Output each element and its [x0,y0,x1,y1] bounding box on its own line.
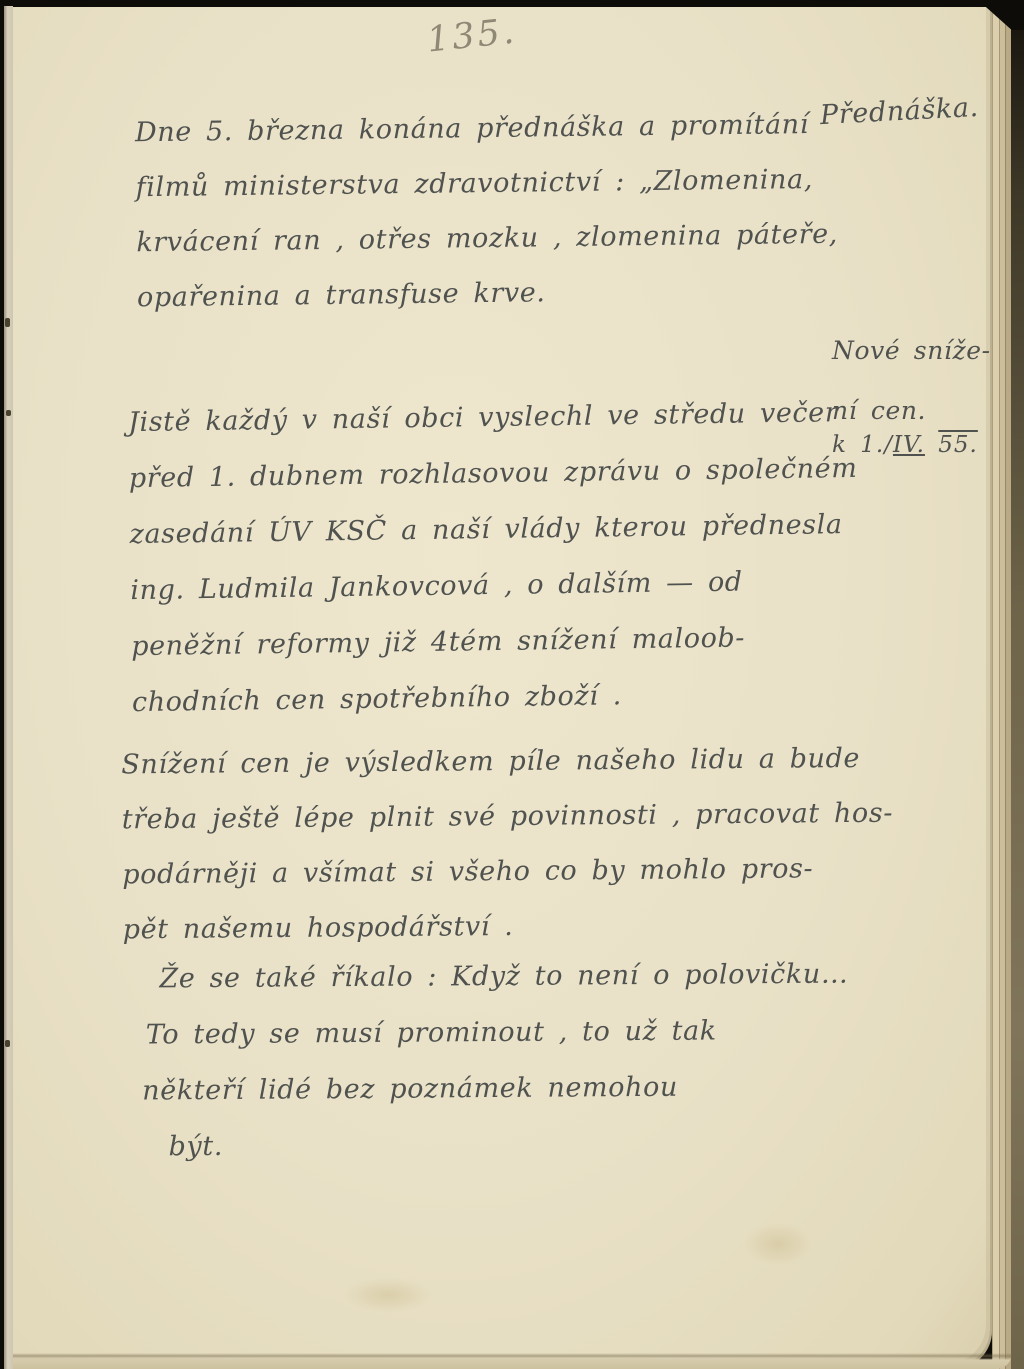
handwritten-line: Dne 5. března konána přednáška a promítá… [135,97,837,161]
handwritten-line: krvácení ran , otřes mozku , zlomenina p… [136,207,838,271]
handwritten-line: zasedání ÚV KSČ a naší vlády kterou před… [129,497,858,563]
handwritten-line: být. [168,1115,849,1176]
paper-stain [343,1277,433,1313]
handwritten-line: třeba ještě lépe plnit své povinnosti , … [122,786,894,848]
handwritten-line: Jistě každý v naší obci vyslechl ve stře… [128,385,857,451]
handwritten-line: před 1. dubnem rozhlasovou zprávu o spol… [128,441,857,507]
edge-nick [6,410,11,416]
edge-nick [5,318,10,327]
handwritten-line: To tedy se musí prominout , to už tak [146,1003,849,1064]
page-left-edge [4,6,13,1369]
paragraph-price-reduction: Snížení cen je výsledkem píle našeho lid… [121,731,894,958]
handwritten-line: podárněji a všímat si všeho co by mohlo … [122,841,894,903]
handwritten-line: Snížení cen je výsledkem píle našeho lid… [121,731,893,793]
book-spine-edge [1011,0,1024,1369]
margin-note-line: Nové sníže- [832,336,991,366]
paragraph-lecture: Dne 5. března konána přednáška a promítá… [135,97,839,326]
handwritten-line: ing. Ludmila Jankovcová , o dalším — od [130,553,859,619]
date-roman-month: IV. [893,432,925,458]
paragraph-radio-announcement: Jistě každý v naší obci vyslechl ve stře… [128,385,861,731]
handwritten-line: filmů ministerstva zdravotnictví : „Zlom… [135,152,837,216]
paper-stain [743,1222,813,1266]
handwritten-line: Že se také říkalo : Když to není o polov… [159,947,848,1008]
edge-nick [5,1040,10,1047]
handwritten-line: opařenina a transfuse krve. [137,262,839,326]
paragraph-commentary: Že se také říkalo : Když to není o polov… [145,947,850,1176]
scanned-book-page: 135. Přednáška. Nové sníže- ní cen. k 1.… [0,0,1024,1369]
date-year: 55. [938,432,978,458]
handwritten-line: někteří lidé bez poznámek nemohou [142,1059,849,1120]
handwritten-line: peněžní reformy již 4tém snížení maloob- [131,609,860,675]
page-bottom-edge [13,1353,1012,1369]
handwritten-line: chodních cen spotřebního zboží . [132,665,861,731]
